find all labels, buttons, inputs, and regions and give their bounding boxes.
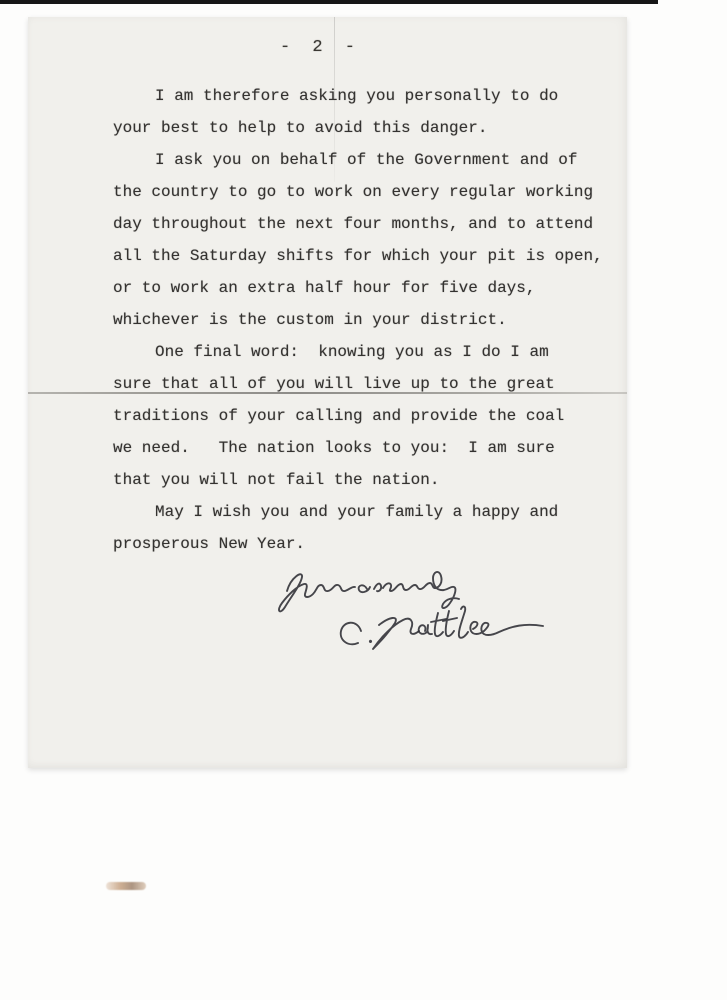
letter-line: I ask you on behalf of the Government an… <box>113 144 613 176</box>
letter-line: traditions of your calling and provide t… <box>113 400 613 432</box>
letter-line: that you will not fail the nation. <box>113 464 613 496</box>
page-number: - 2 - <box>28 38 613 57</box>
letter-body: I am therefore asking you personally to … <box>113 80 613 560</box>
letter-line: One final word: knowing you as I do I am <box>113 336 613 368</box>
stain-mark <box>106 882 146 890</box>
letter-line-creased: sure that all of you will live up to the… <box>113 368 613 400</box>
scanner-edge-artifact <box>0 0 658 4</box>
letter-line: May I wish you and your family a happy a… <box>113 496 613 528</box>
letter-line: whichever is the custom in your district… <box>113 304 613 336</box>
fold-crease-horizontal <box>28 392 627 394</box>
letter-line: your best to help to avoid this danger. <box>113 112 613 144</box>
letter-line: we need. The nation looks to you: I am s… <box>113 432 613 464</box>
letter-line: all the Saturday shifts for which your p… <box>113 240 613 272</box>
letter-paper: - 2 - I am therefore asking you personal… <box>28 17 627 768</box>
handwritten-signature <box>341 607 543 649</box>
letter-line: I am therefore asking you personally to … <box>113 80 613 112</box>
letter-line: or to work an extra half hour for five d… <box>113 272 613 304</box>
handwritten-closing <box>279 572 459 611</box>
scanned-letter-page: - 2 - I am therefore asking you personal… <box>0 0 727 1000</box>
letter-line: the country to go to work on every regul… <box>113 176 613 208</box>
signature-block <box>273 555 563 673</box>
letter-line: day throughout the next four months, and… <box>113 208 613 240</box>
